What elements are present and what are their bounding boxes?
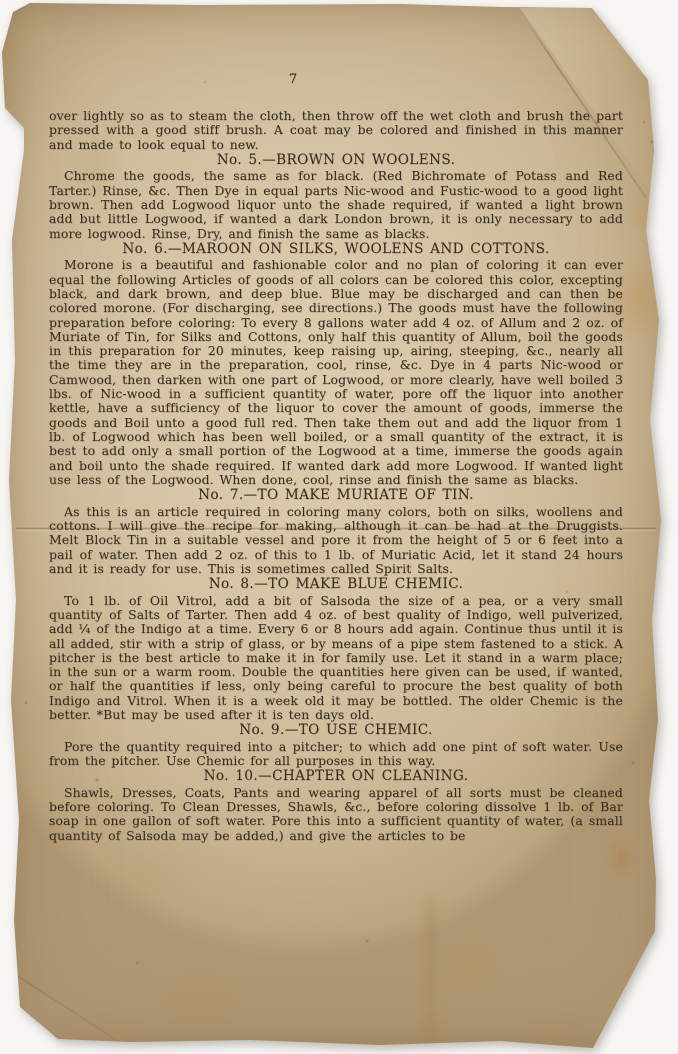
section-heading-no-9: No. 9.—TO USE CHEMIC. (49, 723, 623, 739)
page-number: 7 (278, 72, 308, 87)
section-heading-no-6: No. 6.—MAROON ON SILKS, WOOLENS AND COTT… (49, 242, 623, 258)
scanned-page: 7 over lightly so as to steam the cloth,… (0, 0, 678, 1054)
paper-sheet: 7 over lightly so as to steam the cloth,… (0, 0, 678, 1054)
bottom-left-crease-line (17, 975, 119, 1042)
paragraph-no-7: As this is an article required in colori… (49, 505, 623, 576)
vertical-stain-streak (420, 898, 440, 1048)
paragraph-no-6: Morone is a beautiful and fashionable co… (49, 258, 623, 487)
section-heading-no-10: No. 10.—CHAPTER ON CLEANING. (49, 769, 623, 785)
paragraph-no-5: Chrome the goods, the same as for black.… (49, 169, 623, 240)
paragraph-continuation: over lightly so as to steam the cloth, t… (49, 109, 623, 152)
paragraph-no-8: To 1 lb. of Oil Vitrol, add a bit of Sal… (49, 594, 623, 723)
page-text: over lightly so as to steam the cloth, t… (49, 109, 623, 843)
paragraph-no-9: Pore the quantity required into a pitche… (49, 740, 623, 769)
scan-background: { "colors":{ "paper":"#d6c5a6", "ink":"#… (0, 0, 678, 1054)
paragraph-no-10: Shawls, Dresses, Coats, Pants and wearin… (49, 786, 623, 843)
section-heading-no-5: No. 5.—BROWN ON WOOLENS. (49, 153, 623, 169)
section-heading-no-7: No. 7.—TO MAKE MURIATE OF TIN. (49, 488, 623, 504)
section-heading-no-8: No. 8.—TO MAKE BLUE CHEMIC. (49, 577, 623, 593)
